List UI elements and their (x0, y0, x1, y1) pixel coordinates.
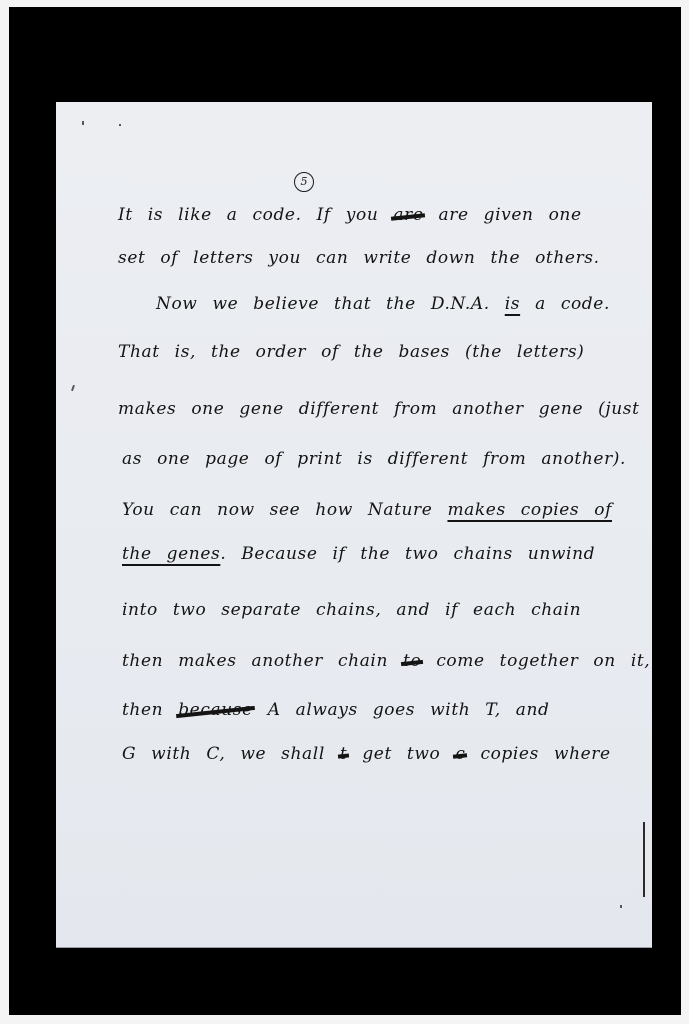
text-line-3: Now we believe that the D.N.A. is a code… (156, 294, 610, 314)
struck-out-letter: t (340, 744, 347, 764)
text-line-5: makes one gene different from another ge… (118, 399, 640, 419)
letter-page: 5 It is like a code. If you are are give… (56, 102, 652, 948)
text-line-11: then because A always goes with T, and (122, 700, 550, 720)
text-segment: copies where (465, 744, 610, 764)
underlined-phrase: makes copies of (447, 500, 612, 520)
text-segment: get two (347, 744, 455, 764)
text-segment: are given one (424, 205, 582, 225)
struck-out-word: to (403, 651, 421, 671)
text-segment: You can now see how Nature (122, 500, 447, 520)
text-segment: A always goes with T, and (253, 700, 550, 720)
page-number: 5 (294, 172, 314, 192)
text-line-4: That is, the order of the bases (the let… (118, 342, 584, 362)
paper-speck (71, 385, 75, 391)
text-line-1: It is like a code. If you are are given … (118, 205, 582, 225)
text-line-12: G with C, we shall t get two c copies wh… (122, 744, 611, 764)
underlined-phrase: the genes (122, 544, 220, 564)
text-line-6: as one page of print is different from a… (122, 449, 626, 469)
text-line-2: set of letters you can write down the ot… (118, 248, 600, 268)
text-segment: then (122, 700, 178, 720)
paper-speck (119, 124, 121, 126)
text-line-7: You can now see how Nature makes copies … (122, 500, 612, 520)
text-segment: . Because if the two chains unwind (220, 544, 595, 564)
text-line-8: the genes. Because if the two chains unw… (122, 544, 595, 564)
text-segment: then makes another chain (122, 651, 403, 671)
text-segment: a code. (520, 294, 610, 314)
page-edge-shadow-line (643, 822, 645, 897)
text-line-10: then makes another chain to come togethe… (122, 651, 650, 671)
text-line-9: into two separate chains, and if each ch… (122, 600, 581, 620)
paper-speck (620, 905, 622, 908)
text-segment: come together on it, (421, 651, 650, 671)
text-segment: It is like a code. If you (118, 205, 393, 225)
underlined-word: is (505, 294, 520, 314)
paper-speck (82, 121, 84, 125)
text-segment: Now we believe that the D.N.A. (156, 294, 505, 314)
text-segment: G with C, we shall (122, 744, 340, 764)
black-mounting-frame: 5 It is like a code. If you are are give… (9, 7, 681, 1015)
struck-out-word: because (178, 700, 253, 720)
struck-out-letter: c (455, 744, 465, 764)
struck-out-word: are (393, 205, 423, 225)
